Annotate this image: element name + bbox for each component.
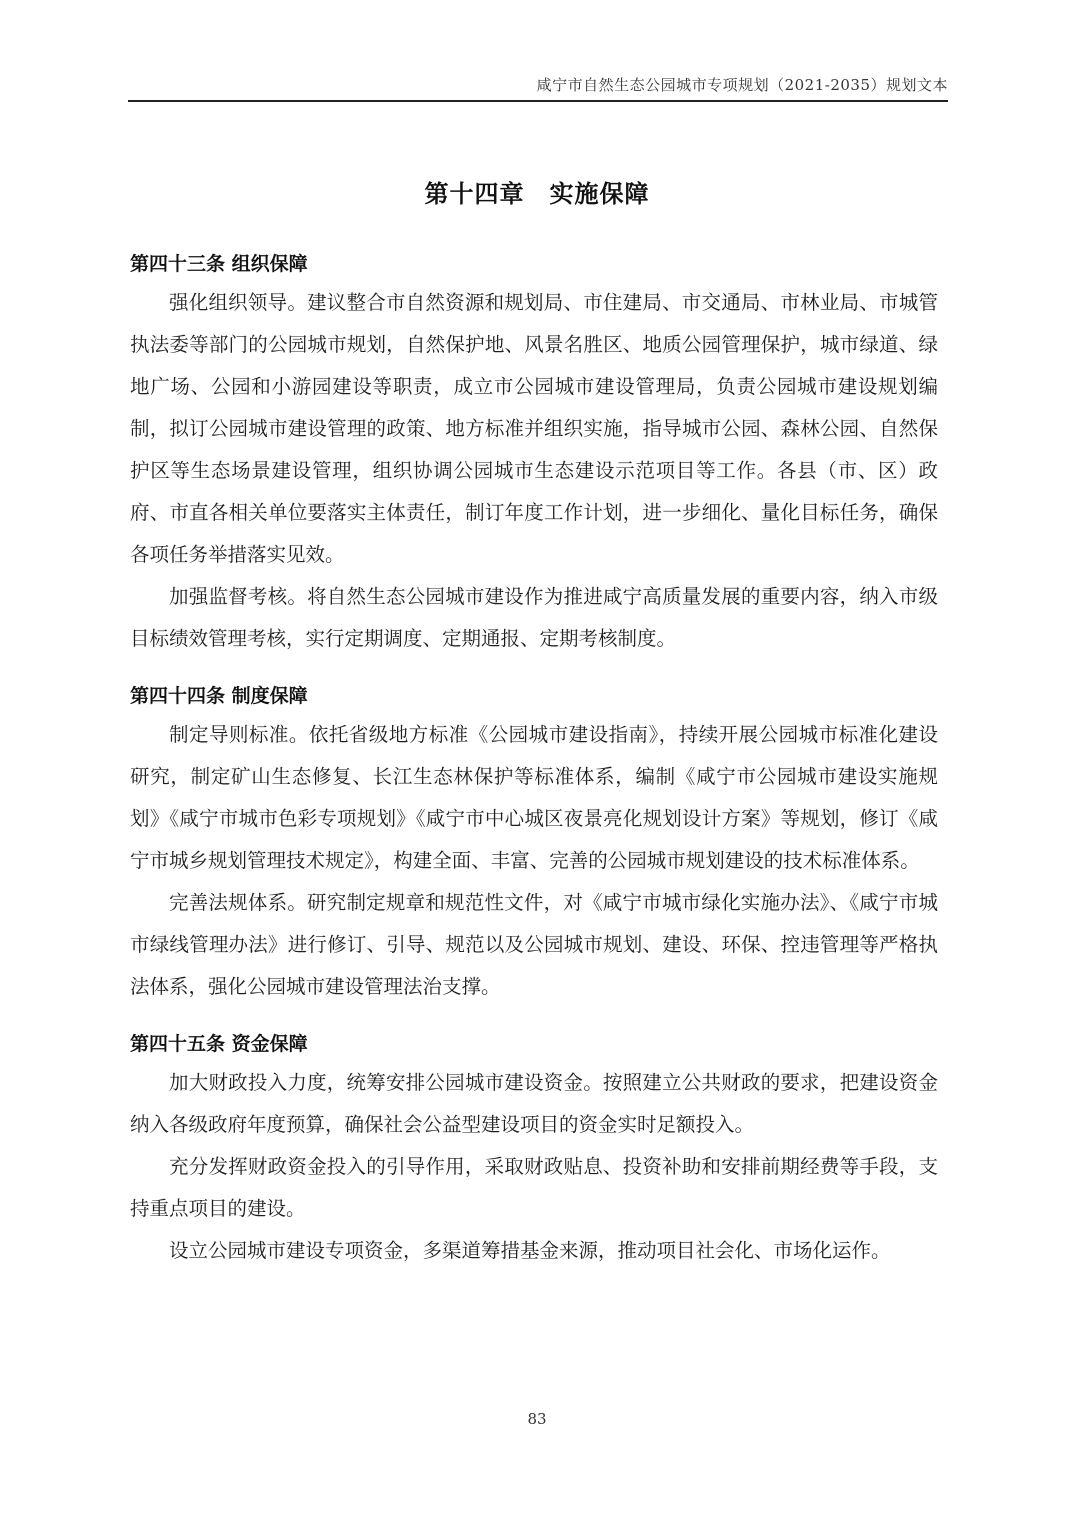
paragraph: 强化组织领导。建议整合市自然资源和规划局、市住建局、市交通局、市林业局、市城管执… (130, 282, 938, 576)
article-43: 第四十三条 组织保障 强化组织领导。建议整合市自然资源和规划局、市住建局、市交通… (130, 246, 938, 660)
paragraph: 设立公园城市建设专项资金，多渠道筹措基金来源，推动项目社会化、市场化运作。 (130, 1230, 938, 1272)
article-44: 第四十四条 制度保障 制定导则标准。依托省级地方标准《公园城市建设指南》，持续开… (130, 678, 938, 1008)
section-gap (130, 1008, 938, 1026)
chapter-title: 第十四章 实施保障 (0, 174, 1074, 209)
article-45: 第四十五条 资金保障 加大财政投入力度，统筹安排公园城市建设资金。按照建立公共财… (130, 1026, 938, 1272)
paragraph: 充分发挥财政资金投入的引导作用，采取财政贴息、投资补助和安排前期经费等手段，支持… (130, 1146, 938, 1230)
running-header: 咸宁市自然生态公园城市专项规划（2021-2035）规划文本 (128, 74, 948, 95)
article-title: 第四十五条 资金保障 (130, 1026, 938, 1062)
header-divider (128, 100, 948, 102)
paragraph: 完善法规体系。研究制定规章和规范性文件，对《咸宁市城市绿化实施办法》、《咸宁市城… (130, 882, 938, 1008)
paragraph: 制定导则标准。依托省级地方标准《公园城市建设指南》，持续开展公园城市标准化建设研… (130, 714, 938, 882)
paragraph: 加强监督考核。将自然生态公园城市建设作为推进咸宁高质量发展的重要内容，纳入市级目… (130, 576, 938, 660)
document-body: 第四十三条 组织保障 强化组织领导。建议整合市自然资源和规划局、市住建局、市交通… (130, 246, 938, 1272)
section-gap (130, 660, 938, 678)
article-title: 第四十四条 制度保障 (130, 678, 938, 714)
article-title: 第四十三条 组织保障 (130, 246, 938, 282)
paragraph: 加大财政投入力度，统筹安排公园城市建设资金。按照建立公共财政的要求，把建设资金纳… (130, 1062, 938, 1146)
page-number: 83 (0, 1410, 1074, 1428)
